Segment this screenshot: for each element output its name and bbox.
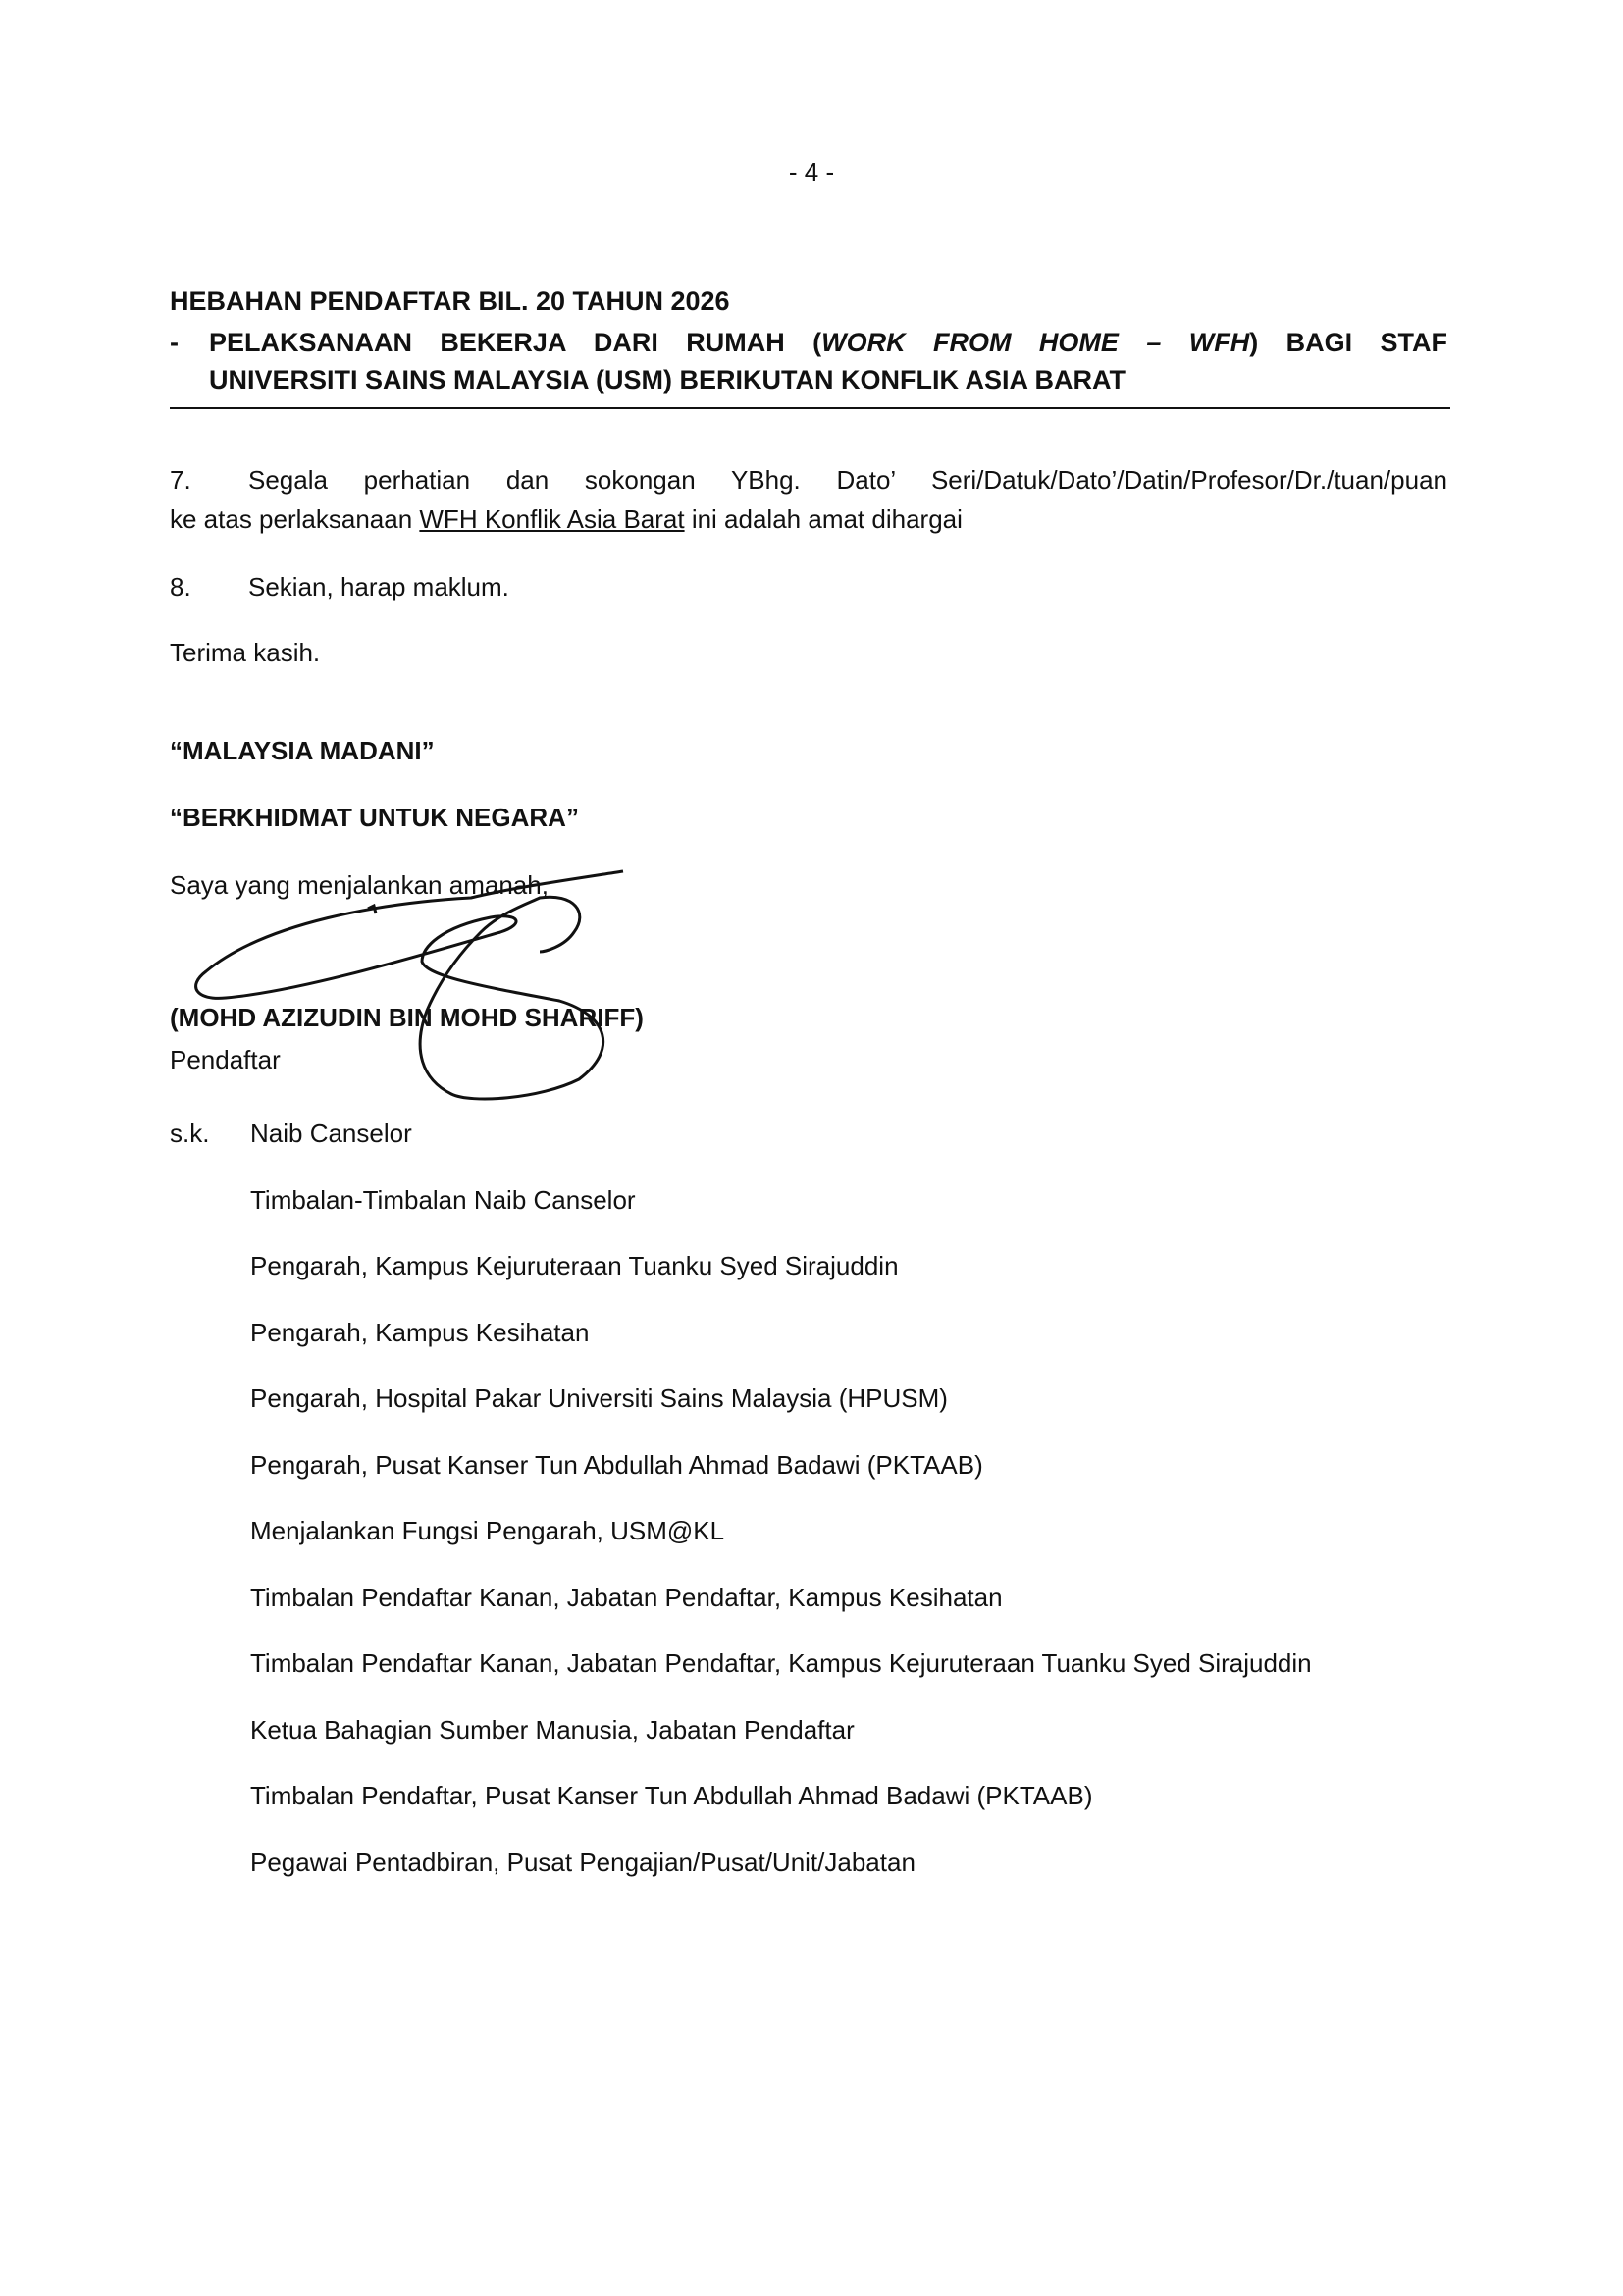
cc-recipient: Ketua Bahagian Sumber Manusia, Jabatan P…	[250, 1715, 855, 1746]
subtitle-line-2: UNIVERSITI SAINS MALAYSIA (USM) BERIKUTA…	[209, 365, 1126, 394]
paragraph-7-line-2: ke atas perlaksanaan WFH Konflik Asia Ba…	[170, 504, 963, 534]
cc-recipient: Naib Canselor	[250, 1119, 412, 1149]
paragraph-8: 8.Sekian, harap maklum.	[170, 567, 1447, 606]
cc-recipient: Timbalan Pendaftar Kanan, Jabatan Pendaf…	[250, 1648, 1312, 1679]
paragraph-7: 7.Segala perhatian dan sokongan YBhg. Da…	[170, 460, 1447, 539]
paragraph-text: ke atas perlaksanaan	[170, 504, 419, 534]
paragraph-number: 8.	[170, 567, 248, 606]
document-title: HEBAHAN PENDAFTAR BIL. 20 TAHUN 2026	[170, 287, 730, 317]
cc-recipient: Pengarah, Hospital Pakar Universiti Sain…	[250, 1383, 948, 1414]
underlined-phrase: WFH Konflik Asia Barat	[419, 504, 684, 534]
document-subtitle: - PELAKSANAAN BEKERJA DARI RUMAH (WORK F…	[170, 324, 1447, 398]
closing-text: Terima kasih.	[170, 638, 320, 668]
cc-recipient: Timbalan Pendaftar Kanan, Jabatan Pendaf…	[250, 1583, 1003, 1613]
paragraph-text: ini adalah amat dihargai	[685, 504, 963, 534]
cc-label: s.k.	[170, 1119, 209, 1149]
header-divider	[170, 407, 1450, 409]
cc-recipient: Timbalan Pendaftar, Pusat Kanser Tun Abd…	[250, 1781, 1092, 1811]
cc-recipient: Timbalan-Timbalan Naib Canselor	[250, 1185, 636, 1216]
slogan-1: “MALAYSIA MADANI”	[170, 736, 435, 766]
cc-recipient: Pengarah, Kampus Kesihatan	[250, 1318, 589, 1348]
paragraph-text: Sekian, harap maklum.	[248, 572, 509, 601]
subtitle-part-1: PELAKSANAAN BEKERJA DARI RUMAH (	[209, 328, 821, 357]
cc-recipient: Menjalankan Fungsi Pengarah, USM@KL	[250, 1516, 724, 1546]
page-number: - 4 -	[0, 157, 1623, 187]
paragraph-text: Segala perhatian dan sokongan YBhg. Dato…	[248, 465, 1447, 495]
cc-recipient: Pengarah, Kampus Kejuruteraan Tuanku Sye…	[250, 1251, 899, 1281]
subtitle-italic: WORK FROM HOME – WFH	[821, 328, 1249, 357]
slogan-2: “BERKHIDMAT UNTUK NEGARA”	[170, 803, 579, 833]
subtitle-dash: -	[170, 324, 179, 361]
subtitle-line-1: PELAKSANAAN BEKERJA DARI RUMAH (WORK FRO…	[209, 324, 1447, 361]
subtitle-part-2: ) BAGI STAF	[1249, 328, 1447, 357]
cc-recipient: Pegawai Pentadbiran, Pusat Pengajian/Pus…	[250, 1848, 916, 1878]
cc-recipient: Pengarah, Pusat Kanser Tun Abdullah Ahma…	[250, 1450, 983, 1481]
paragraph-7-line-1: 7.Segala perhatian dan sokongan YBhg. Da…	[170, 460, 1447, 499]
signature-image	[186, 854, 657, 1109]
paragraph-number: 7.	[170, 460, 248, 499]
